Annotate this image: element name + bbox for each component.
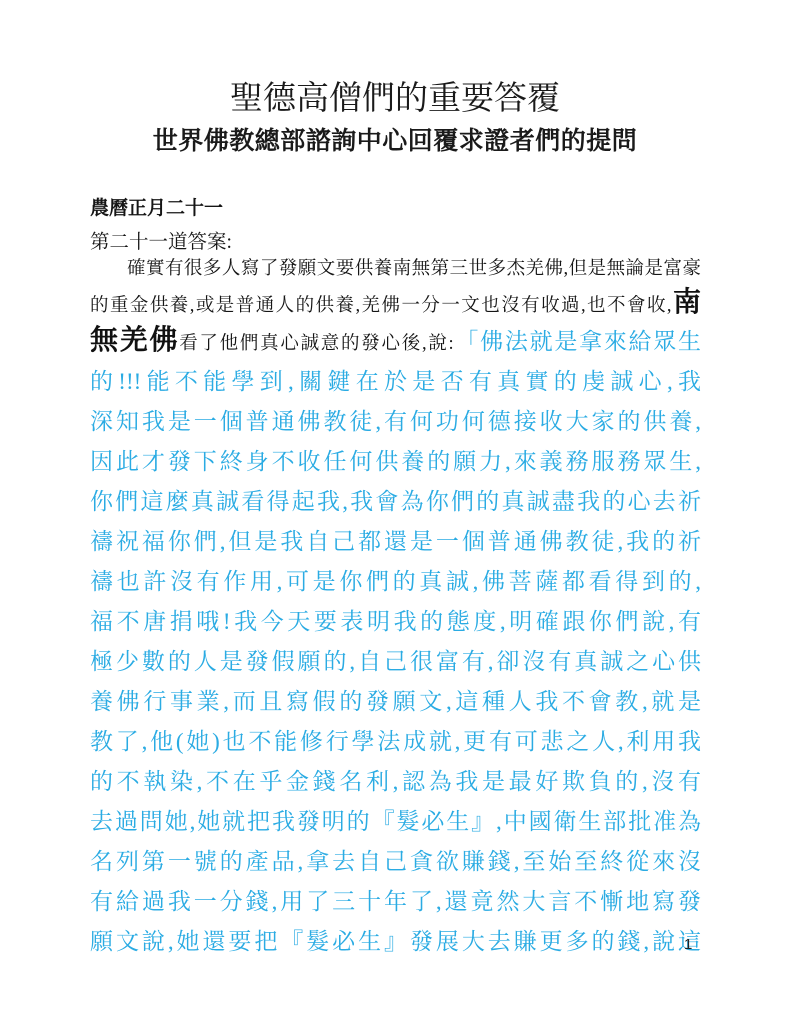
paragraph-line: 你們這麼真誠看得起我,我會為你們的真誠盡我的心去祈 (90, 482, 701, 522)
quote-text: 的!!!能不能學到,關鍵在於是否有真實的虔誠心,我 (90, 369, 701, 394)
quote-text: 有給過我一分錢,用了三十年了,還竟然大言不慚地寫發 (90, 889, 701, 914)
quote-text: 極少數的人是發假願的,自己很富有,卻沒有真誠之心供 (90, 649, 701, 674)
buddha-name-text: 南 (672, 287, 701, 318)
page-number: 1 (684, 936, 692, 953)
quote-text: 養佛行事業,而且寫假的發願文,這種人我不會教,就是 (90, 689, 701, 714)
document-page: 聖德高僧們的重要答覆 世界佛教總部諮詢中心回覆求證者們的提問 農曆正月二十一 第… (0, 0, 790, 1022)
paragraph-line: 極少數的人是發假願的,自己很富有,卻沒有真誠之心供 (90, 642, 701, 682)
paragraph-line: 教了,他(她)也不能修行學法成就,更有可悲之人,利用我 (90, 722, 701, 762)
paragraph-line: 去過問她,她就把我發明的『髮必生』,中國衛生部批准為 (90, 802, 701, 842)
paragraph-line: 無羌佛看了他們真心誠意的發心後,說:「佛法就是拿來給眾生 (90, 319, 701, 362)
paragraph-line: 的不執染,不在乎金錢名利,認為我是最好欺負的,沒有 (90, 762, 701, 802)
quote-text: 因此才發下終身不收任何供養的願力,來義務服務眾生, (90, 449, 701, 474)
paragraph-line: 深知我是一個普通佛教徒,有何功何德接收大家的供養, (90, 402, 701, 442)
body-text: 看了他們真心誠意的發心後,說: (179, 334, 453, 354)
quote-text: 的不執染,不在乎金錢名利,認為我是最好欺負的,沒有 (90, 769, 701, 794)
quote-text: 禱也許沒有作用,可是你們的真誠,佛菩薩都看得到的, (90, 569, 701, 594)
body-text: 確實有很多人寫了發願文要供養南無第三世多杰羌佛,但是無論是富豪 (127, 259, 701, 279)
quote-text: 深知我是一個普通佛教徒,有何功何德接收大家的供養, (90, 409, 701, 434)
paragraph-line: 禱也許沒有作用,可是你們的真誠,佛菩薩都看得到的, (90, 562, 701, 602)
paragraph-line: 確實有很多人寫了發願文要供養南無第三世多杰羌佛,但是無論是富豪 (90, 253, 701, 286)
page-subtitle: 世界佛教總部諮詢中心回覆求證者們的提問 (0, 121, 790, 157)
paragraph-line: 因此才發下終身不收任何供養的願力,來義務服務眾生, (90, 442, 701, 482)
buddha-name-text: 無羌佛 (90, 325, 179, 356)
quote-text: 你們這麼真誠看得起我,我會為你們的真誠盡我的心去祈 (90, 489, 701, 514)
paragraph: 確實有很多人寫了發願文要供養南無第三世多杰羌佛,但是無論是富豪的重金供養,或是普… (90, 253, 701, 962)
page-title: 聖德高僧們的重要答覆 (0, 72, 790, 119)
quote-text: 教了,他(她)也不能修行學法成就,更有可悲之人,利用我 (90, 729, 701, 754)
quote-text: 願文說,她還要把『髮必生』發展大去賺更多的錢,說這 (90, 929, 701, 954)
body-text: 的重金供養,或是普通人的供養,羌佛一分一文也沒有收過,也不會收, (90, 296, 672, 316)
quote-text: 「佛法就是拿來給眾生 (454, 329, 701, 354)
quote-text: 名列第一號的產品,拿去自己貪欲賺錢,至始至終從來沒 (90, 849, 701, 874)
paragraph-line: 的重金供養,或是普通人的供養,羌佛一分一文也沒有收過,也不會收,南 (90, 286, 701, 319)
quote-text: 福不唐捐哦!我今天要表明我的態度,明確跟你們說,有 (90, 609, 701, 634)
paragraph-line: 養佛行事業,而且寫假的發願文,這種人我不會教,就是 (90, 682, 701, 722)
quote-text: 禱祝福你們,但是我自己都還是一個普通佛教徒,我的祈 (90, 529, 701, 554)
paragraph-line: 名列第一號的產品,拿去自己貪欲賺錢,至始至終從來沒 (90, 842, 701, 882)
quote-text: 去過問她,她就把我發明的『髮必生』,中國衛生部批准為 (90, 809, 701, 834)
paragraph-line: 的!!!能不能學到,關鍵在於是否有真實的虔誠心,我 (90, 362, 701, 402)
date-heading: 農曆正月二十一 (90, 193, 223, 220)
paragraph-line: 願文說,她還要把『髮必生』發展大去賺更多的錢,說這 (90, 922, 701, 962)
paragraph-line: 禱祝福你們,但是我自己都還是一個普通佛教徒,我的祈 (90, 522, 701, 562)
paragraph-line: 福不唐捐哦!我今天要表明我的態度,明確跟你們說,有 (90, 602, 701, 642)
paragraph-line: 有給過我一分錢,用了三十年了,還竟然大言不慚地寫發 (90, 882, 701, 922)
answer-label: 第二十一道答案: (90, 226, 232, 254)
